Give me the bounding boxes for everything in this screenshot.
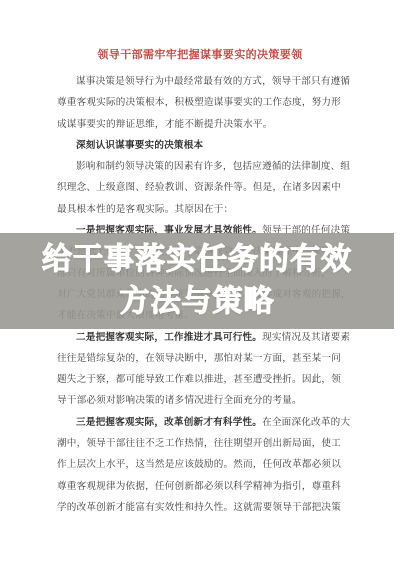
overlay-band: 给干事落实任务的有效 方法与策略: [0, 233, 394, 329]
text-line: 作上层次上水平，这当然是应该鼓励的。然而，任何改革都必须以: [57, 454, 343, 475]
paragraph: 二是把握客观实际，工作推进才具可行性。现实情况及其诸要素往往是错综复杂的，在领导…: [57, 327, 343, 412]
paragraph: 深刻认识谋事要实的决策根本: [57, 135, 343, 156]
paragraph: 影响和制约领导决策的因素有许多，包括应遵循的法律制度、组织理念、上级意图、经验教…: [57, 156, 343, 220]
text-line: 影响和制约领导决策的因素有许多，包括应遵循的法律制度、组: [57, 156, 343, 177]
paragraph: 三是把握客观实际，改革创新才有科学性。在全面深化改革的大潮中，领导干部往往不乏工…: [57, 412, 343, 518]
paragraph: 谋事决策是领导行为中最经常最有效的方式，领导干部只有遵循尊重客观实际的决策根本，…: [57, 71, 343, 135]
overlay-title-line-1: 给干事落实任务的有效: [42, 239, 352, 281]
text-line: 潮中，领导干部往往不乏工作热情，往往期望开创出新局面，使工: [57, 433, 343, 454]
text-line: 尊重客观实际的决策根本，积极塑造谋事要实的工作态度，努力形: [57, 92, 343, 113]
article-title: 领导干部需牢牢把握谋事要实的决策要领: [57, 48, 343, 62]
text-line: 最具根本性的是客观实际。其原因在于：: [57, 199, 343, 220]
overlay-title-line-2: 方法与策略: [120, 281, 275, 323]
text-line: 三是把握客观实际，改革创新才有科学性。在全面深化改革的大: [57, 412, 343, 433]
text-line: 成谋事要实的辩证思维，才能不断提升决策水平。: [57, 114, 343, 135]
bold-lead: 三是把握客观实际，改革创新才有科学性。: [76, 417, 262, 428]
bold-lead: 二是把握客观实际，工作推进才具可行性。: [76, 332, 262, 343]
text-line: 织理念、上级意图、经验教训、资源条件等。但是，在诸多因素中: [57, 177, 343, 198]
text-line: 深刻认识谋事要实的决策根本: [57, 135, 343, 156]
document-page: 领导干部需牢牢把握谋事要实的决策要领 谋事决策是领导行为中最经常最有效的方式，领…: [0, 0, 400, 566]
text-line: 题失之于察，都可能导致工作难以推进，甚至遭受挫折。因此，领: [57, 369, 343, 390]
text-line: 二是把握客观实际，工作推进才具可行性。现实情况及其诸要素: [57, 327, 343, 348]
text-line: 导干部必须对影响决策的诸多情况进行全面充分的考量。: [57, 390, 343, 411]
text-line: 谋事决策是领导行为中最经常最有效的方式，领导干部只有遵循: [57, 71, 343, 92]
text-line: 尊重客观规律为依据，任何创新都必须以科学精神为指引，尊重科: [57, 476, 343, 497]
text-line: 学的改革创新才能富有实效性和持久性。这就需要领导干部把决策: [57, 497, 343, 518]
text-line: 往往是错综复杂的，在领导决断中，那怕对某一方面，甚至某一问: [57, 348, 343, 369]
